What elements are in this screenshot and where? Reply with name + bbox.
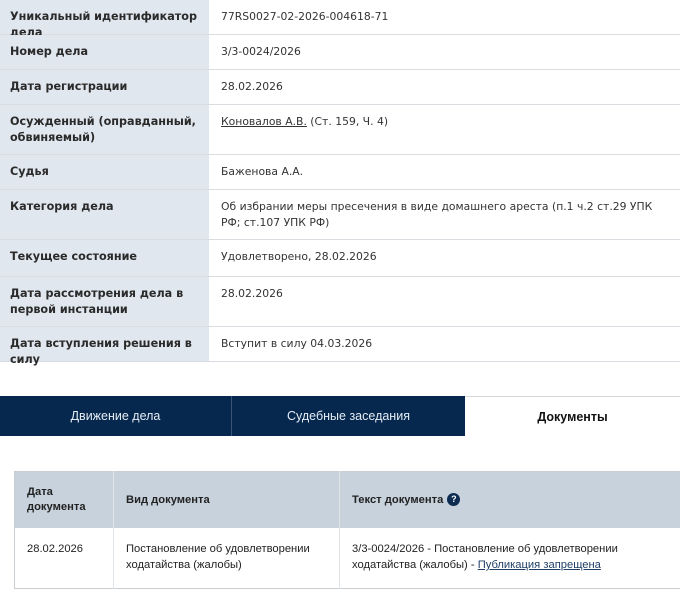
defendant-article: (Ст. 159, Ч. 4) (307, 115, 388, 128)
label-judge: Судья (0, 155, 209, 189)
tab-case-movement[interactable]: Движение дела (0, 396, 231, 436)
label-first-instance-date: Дата рассмотрения дела в первой инстанци… (0, 277, 209, 326)
label-unique-id: Уникальный идентификатор дела (0, 0, 209, 34)
cell-document-type: Постановление об удовлетворении ходатайс… (114, 528, 340, 589)
row-registration-date: Дата регистрации 28.02.2026 (0, 70, 680, 105)
value-effective-date: Вступит в силу 04.03.2026 (209, 327, 680, 361)
cell-document-date: 28.02.2026 (15, 528, 114, 589)
case-info-table: Уникальный идентификатор дела 77RS0027-0… (0, 0, 680, 362)
row-status: Текущее состояние Удовлетворено, 28.02.2… (0, 240, 680, 277)
documents-table: Дата документа Вид документа Текст докум… (14, 471, 680, 589)
row-category: Категория дела Об избрании меры пресечен… (0, 190, 680, 240)
publication-link[interactable]: Публикация запрещена (478, 559, 601, 571)
row-effective-date: Дата вступления решения в силу Вступит в… (0, 327, 680, 362)
row-unique-id: Уникальный идентификатор дела 77RS0027-0… (0, 0, 680, 35)
row-first-instance-date: Дата рассмотрения дела в первой инстанци… (0, 277, 680, 327)
label-registration-date: Дата регистрации (0, 70, 209, 104)
label-effective-date: Дата вступления решения в силу (0, 327, 209, 361)
value-case-number: 3/3-0024/2026 (209, 35, 680, 69)
row-judge: Судья Баженова А.А. (0, 155, 680, 190)
header-document-date: Дата документа (15, 472, 114, 529)
value-first-instance-date: 28.02.2026 (209, 277, 680, 326)
value-category: Об избрании меры пресечения в виде домаш… (209, 190, 680, 239)
value-defendant: Коновалов А.В. (Ст. 159, Ч. 4) (209, 105, 680, 154)
help-icon[interactable]: ? (447, 493, 460, 506)
header-document-text: Текст документа? (340, 472, 680, 529)
label-status: Текущее состояние (0, 240, 209, 276)
table-row: 28.02.2026 Постановление об удовлетворен… (15, 528, 680, 589)
value-unique-id: 77RS0027-02-2026-004618-71 (209, 0, 680, 34)
header-document-text-label: Текст документа (352, 494, 443, 506)
case-tabs: Движение дела Судебные заседания Докумен… (0, 396, 680, 436)
value-status: Удовлетворено, 28.02.2026 (209, 240, 680, 276)
header-document-type: Вид документа (114, 472, 340, 529)
value-judge: Баженова А.А. (209, 155, 680, 189)
label-category: Категория дела (0, 190, 209, 239)
tab-documents[interactable]: Документы (465, 396, 680, 436)
documents-header-row: Дата документа Вид документа Текст докум… (15, 472, 680, 529)
row-defendant: Осужденный (оправданный, обвиняемый) Кон… (0, 105, 680, 155)
value-registration-date: 28.02.2026 (209, 70, 680, 104)
cell-document-text: 3/3-0024/2026 - Постановление об удовлет… (340, 528, 680, 589)
row-case-number: Номер дела 3/3-0024/2026 (0, 35, 680, 70)
label-defendant: Осужденный (оправданный, обвиняемый) (0, 105, 209, 154)
defendant-link[interactable]: Коновалов А.В. (221, 115, 307, 128)
label-case-number: Номер дела (0, 35, 209, 69)
tab-court-hearings[interactable]: Судебные заседания (231, 396, 465, 436)
